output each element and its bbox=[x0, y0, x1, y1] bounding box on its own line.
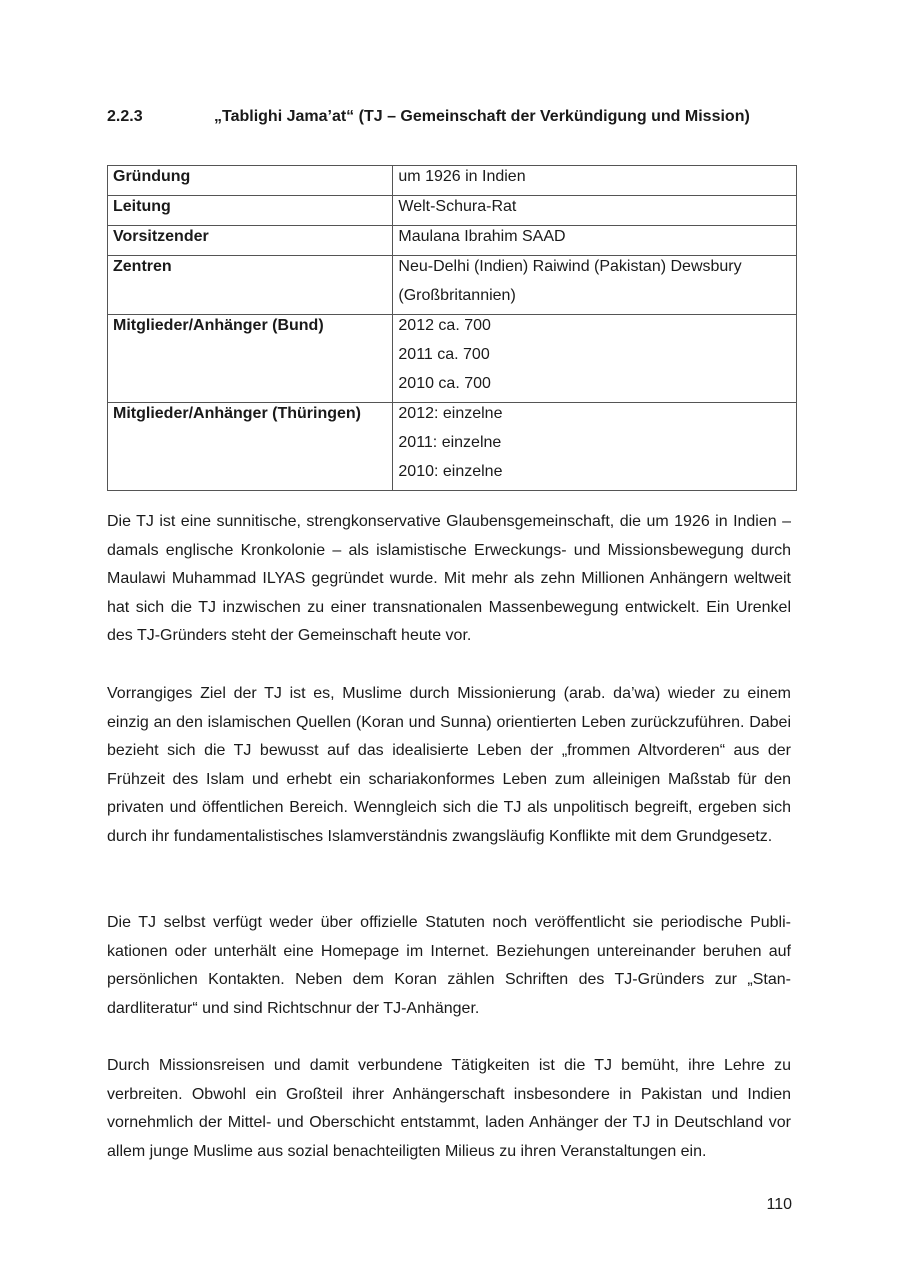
table-row: Mitglieder/Anhänger (Thüringen)2012: ein… bbox=[108, 403, 797, 491]
row-label-cell: Gründung bbox=[108, 166, 393, 196]
row-value: 2011 ca. 700 bbox=[398, 344, 791, 373]
row-label: Leitung bbox=[113, 196, 387, 225]
row-label-cell: Leitung bbox=[108, 196, 393, 226]
table-row: Gründungum 1926 in Indien bbox=[108, 166, 797, 196]
row-value-cell: 2012: einzelne2011: einzelne2010: einzel… bbox=[393, 403, 797, 491]
table-row: VorsitzenderMaulana Ibrahim SAAD bbox=[108, 226, 797, 256]
row-value: 2012 ca. 700 bbox=[398, 315, 791, 344]
row-value-cell: Neu-Delhi (Indien) Raiwind (Pakistan) De… bbox=[393, 256, 797, 315]
row-value: (Großbritannien) bbox=[398, 285, 791, 314]
row-value: Neu-Delhi (Indien) Raiwind (Pakistan) De… bbox=[398, 256, 791, 285]
table-row: LeitungWelt-Schura-Rat bbox=[108, 196, 797, 226]
row-value-cell: um 1926 in Indien bbox=[393, 166, 797, 196]
row-label: Zentren bbox=[113, 256, 387, 285]
section-number: 2.2.3 bbox=[107, 106, 214, 128]
row-value: 2012: einzelne bbox=[398, 403, 791, 432]
row-value: 2010 ca. 700 bbox=[398, 373, 791, 402]
row-label-cell: Vorsitzender bbox=[108, 226, 393, 256]
row-value: 2011: einzelne bbox=[398, 432, 791, 461]
paragraph-goals: Vorrangiges Ziel der TJ ist es, Muslime … bbox=[107, 680, 791, 852]
row-value-cell: 2012 ca. 7002011 ca. 7002010 ca. 700 bbox=[393, 315, 797, 403]
paragraph-intro: Die TJ ist eine sunnitische, strengkonse… bbox=[107, 508, 791, 651]
row-label: Mitglieder/Anhänger (Thüringen) bbox=[113, 403, 387, 432]
table-row: Mitglieder/Anhänger (Bund)2012 ca. 70020… bbox=[108, 315, 797, 403]
info-table: Gründungum 1926 in IndienLeitungWelt-Sch… bbox=[107, 165, 797, 491]
row-value-cell: Maulana Ibrahim SAAD bbox=[393, 226, 797, 256]
paragraph-activities: Durch Missionsreisen und damit verbunden… bbox=[107, 1052, 791, 1166]
row-value-cell: Welt-Schura-Rat bbox=[393, 196, 797, 226]
section-heading: 2.2.3„Tablighi Jama’at“ (TJ – Gemeinscha… bbox=[107, 106, 797, 128]
section-title: „Tablighi Jama’at“ (TJ – Gemeinschaft de… bbox=[214, 108, 750, 125]
row-value: 2010: einzelne bbox=[398, 461, 791, 490]
row-label-cell: Mitglieder/Anhänger (Thüringen) bbox=[108, 403, 393, 491]
paragraph-organisation: Die TJ selbst verfügt weder über offizie… bbox=[107, 909, 791, 1023]
row-label: Vorsitzender bbox=[113, 226, 387, 255]
row-value: um 1926 in Indien bbox=[398, 166, 791, 195]
page-number: 110 bbox=[766, 1194, 792, 1216]
row-label: Mitglieder/Anhänger (Bund) bbox=[113, 315, 387, 344]
table-row: ZentrenNeu-Delhi (Indien) Raiwind (Pakis… bbox=[108, 256, 797, 315]
row-label-cell: Mitglieder/Anhänger (Bund) bbox=[108, 315, 393, 403]
row-label: Gründung bbox=[113, 166, 387, 195]
row-value: Welt-Schura-Rat bbox=[398, 196, 791, 225]
row-value: Maulana Ibrahim SAAD bbox=[398, 226, 791, 255]
row-label-cell: Zentren bbox=[108, 256, 393, 315]
